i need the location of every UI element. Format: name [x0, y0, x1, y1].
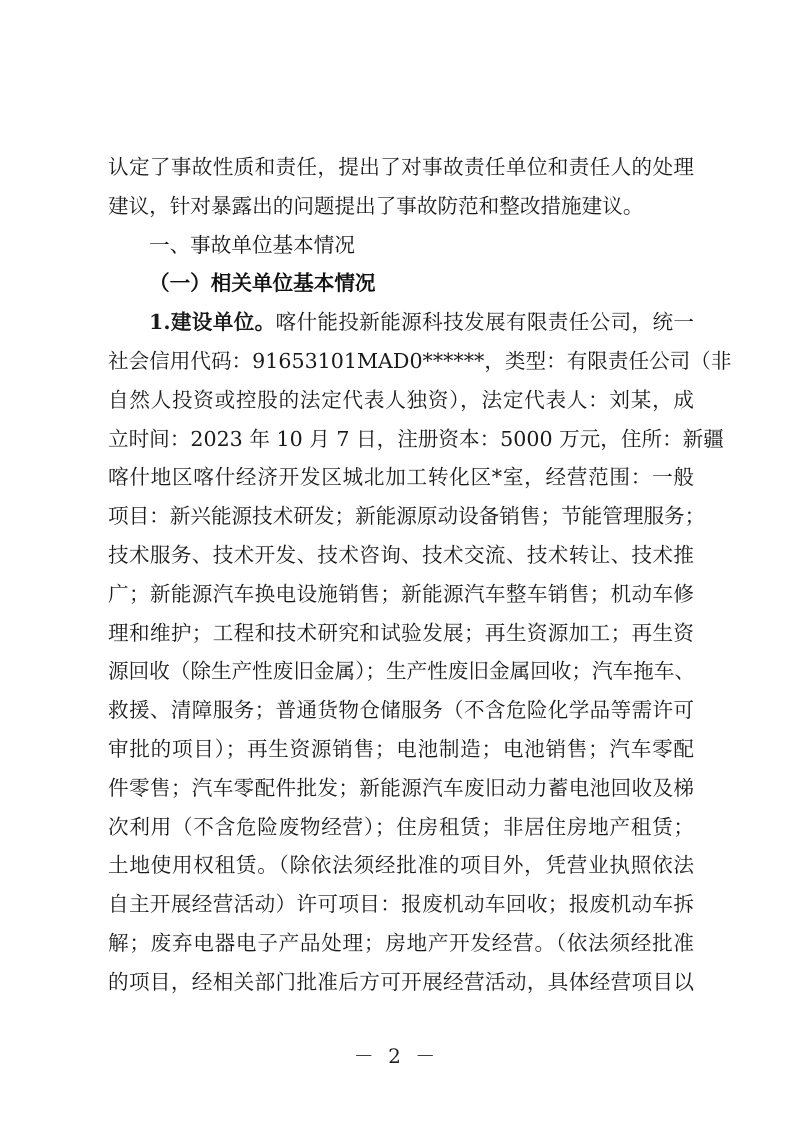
paragraph-line: 土地使用权租赁。（除依法须经批准的项目外，凭营业执照依法	[108, 846, 694, 885]
paragraph-line: 解；废弃电器电子产品处理；房地产开发经营。（依法须经批准	[108, 924, 694, 963]
paragraph-line: 理和维护；工程和技术研究和试验发展；再生资源加工；再生资	[108, 614, 694, 653]
paragraph-line: 救援、清障服务；普通货物仓储服务（不含危险化学品等需许可	[108, 691, 694, 730]
paragraph-first-line: 1.建设单位。喀什能投新能源科技发展有限责任公司，统一	[108, 303, 694, 342]
document-page: 认定了事故性质和责任，提出了对事故责任单位和责任人的处理 建议，针对暴露出的问题…	[108, 148, 694, 1002]
paragraph-line: 认定了事故性质和责任，提出了对事故责任单位和责任人的处理	[108, 148, 694, 187]
paragraph-line: 源回收（除生产性废旧金属）；生产性废旧金属回收；汽车拖车、	[108, 652, 694, 691]
subsection-heading: （一）相关单位基本情况	[108, 264, 694, 303]
paragraph-line: 自主开展经营活动）许可项目：报废机动车回收；报废机动车拆	[108, 885, 694, 924]
item-lead: 1.建设单位。	[149, 310, 276, 334]
paragraph-line: 项目：新兴能源技术研发；新能源原动设备销售；节能管理服务；	[108, 497, 694, 536]
paragraph-line: 喀什地区喀什经济开发区城北加工转化区*室，经营范围：一般	[108, 458, 694, 497]
item-text: 喀什能投新能源科技发展有限责任公司，统一	[276, 310, 694, 334]
paragraph-line: 自然人投资或控股的法定代表人独资），法定代表人：刘某，成	[108, 381, 694, 420]
paragraph-line: 次利用（不含危险废物经营）；住房租赁；非居住房地产租赁；	[108, 808, 694, 847]
paragraph-line: 件零售；汽车零配件批发；新能源汽车废旧动力蓄电池回收及梯	[108, 769, 694, 808]
paragraph-line: 广；新能源汽车换电设施销售；新能源汽车整车销售；机动车修	[108, 575, 694, 614]
paragraph-line: 立时间：2023 年 10 月 7 日，注册资本：5000 万元，住所：新疆	[108, 420, 694, 459]
paragraph-line: 审批的项目）；再生资源销售；电池制造；电池销售；汽车零配	[108, 730, 694, 769]
paragraph-line: 建议，针对暴露出的问题提出了事故防范和整改措施建议。	[108, 187, 694, 226]
section-heading: 一、事故单位基本情况	[108, 226, 694, 265]
page-number: － 2 －	[0, 1040, 793, 1069]
paragraph-line: 的项目，经相关部门批准后方可开展经营活动，具体经营项目以	[108, 963, 694, 1002]
paragraph-line: 技术服务、技术开发、技术咨询、技术交流、技术转让、技术推	[108, 536, 694, 575]
paragraph-line: 社会信用代码：91653101MAD0******，类型：有限责任公司（非	[108, 342, 694, 381]
